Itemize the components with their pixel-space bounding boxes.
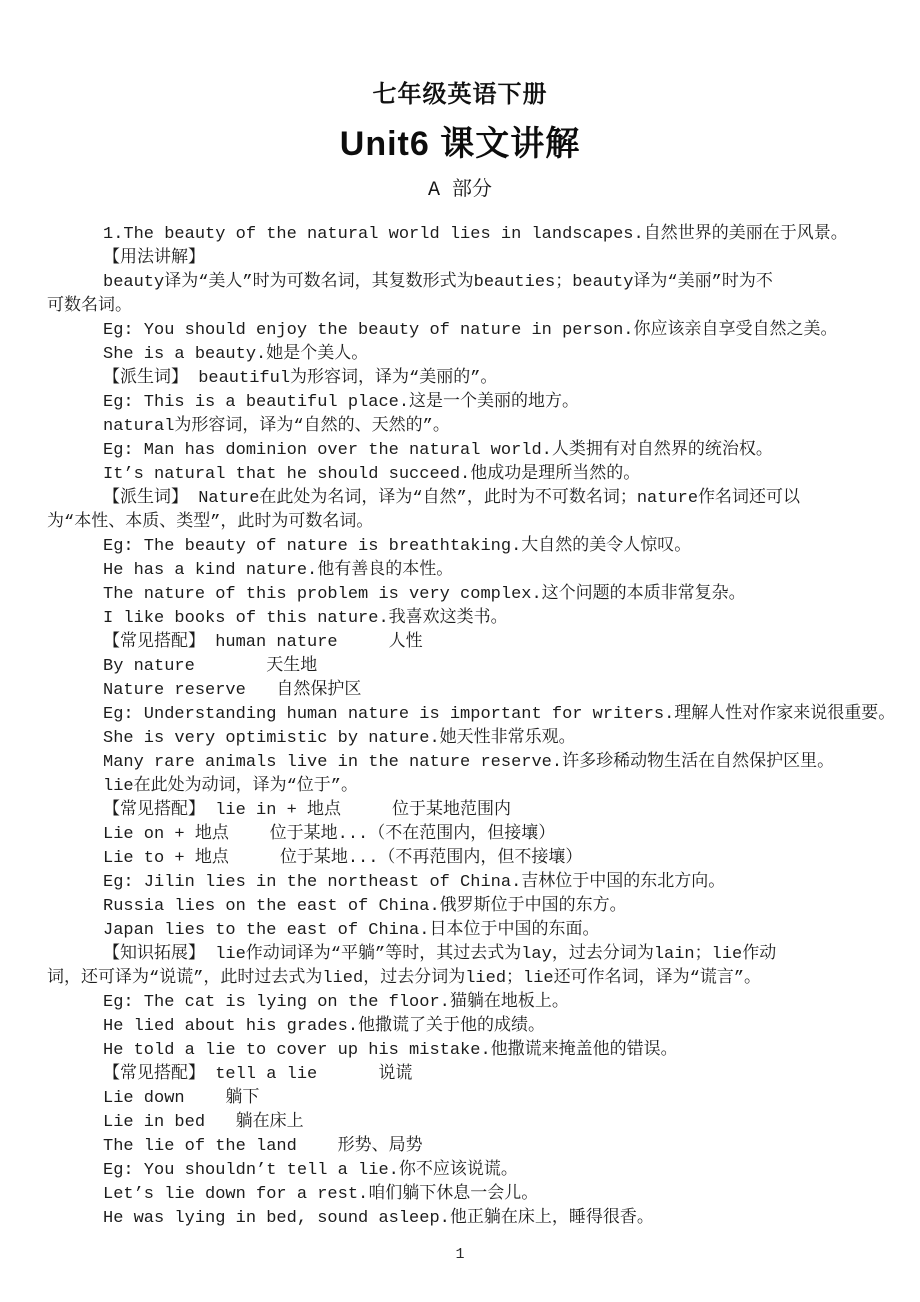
text-line: Eg: Man has dominion over the natural wo… [47,439,890,463]
text-line: 为“本性、本质、类型”，此时为可数名词。 [47,511,890,535]
section-heading: A 部分 [0,180,920,202]
text-line: Japan lies to the east of China.日本位于中国的东… [47,919,890,943]
text-line: Eg: This is a beautiful place.这是一个美丽的地方。 [47,391,890,415]
text-line: The lie of the land 形势、局势 [47,1135,890,1159]
text-line: natural为形容词，译为“自然的、天然的”。 [47,415,890,439]
text-line: 1.The beauty of the natural world lies i… [47,223,890,247]
document-page: 七年级英语下册 Unit6 课文讲解 A 部分 1.The beauty of … [0,0,920,1302]
text-line: He has a kind nature.他有善良的本性。 [47,559,890,583]
page-number: 1 [0,1243,920,1267]
text-line: Lie in bed 躺在床上 [47,1111,890,1135]
text-line: By nature 天生地 [47,655,890,679]
document-subtitle: 七年级英语下册 [0,0,920,108]
text-line: Lie on + 地点 位于某地...（不在范围内，但接壤） [47,823,890,847]
text-line: Russia lies on the east of China.俄罗斯位于中国… [47,895,890,919]
text-line: Nature reserve 自然保护区 [47,679,890,703]
text-line: Lie to + 地点 位于某地...（不再范围内，但不接壤） [47,847,890,871]
text-line: 【派生词】 beautiful为形容词，译为“美丽的”。 [47,367,890,391]
text-line: It’s natural that he should succeed.他成功是… [47,463,890,487]
text-line: She is a beauty.她是个美人。 [47,343,890,367]
text-line: 【用法讲解】 [47,247,890,271]
text-line: Many rare animals live in the nature res… [47,751,890,775]
text-line: Eg: The cat is lying on the floor.猫躺在地板上… [47,991,890,1015]
text-line: He told a lie to cover up his mistake.他撒… [47,1039,890,1063]
text-line: Eg: You should enjoy the beauty of natur… [47,319,890,343]
document-body: 1.The beauty of the natural world lies i… [47,223,890,1231]
document-title: Unit6 课文讲解 [0,124,920,164]
text-line: He was lying in bed, sound asleep.他正躺在床上… [47,1207,890,1231]
text-line: He lied about his grades.他撒谎了关于他的成绩。 [47,1015,890,1039]
text-line: Eg: The beauty of nature is breathtaking… [47,535,890,559]
text-line: The nature of this problem is very compl… [47,583,890,607]
text-line: I like books of this nature.我喜欢这类书。 [47,607,890,631]
text-line: 【常见搭配】 tell a lie 说谎 [47,1063,890,1087]
text-line: lie在此处为动词，译为“位于”。 [47,775,890,799]
text-line: 【常见搭配】 lie in + 地点 位于某地范围内 [47,799,890,823]
text-line: Eg: You shouldn’t tell a lie.你不应该说谎。 [47,1159,890,1183]
text-line: 【派生词】 Nature在此处为名词，译为“自然”，此时为不可数名词；natur… [47,487,890,511]
text-line: She is very optimistic by nature.她天性非常乐观… [47,727,890,751]
text-line: 词，还可译为“说谎”，此时过去式为lied，过去分词为lied；lie还可作名词… [47,967,890,991]
text-line: 可数名词。 [47,295,890,319]
text-line: Eg: Jilin lies in the northeast of China… [47,871,890,895]
text-line: 【知识拓展】 lie作动词译为“平躺”等时，其过去式为lay，过去分词为lain… [47,943,890,967]
text-line: beauty译为“美人”时为可数名词，其复数形式为beauties；beauty… [47,271,890,295]
text-line: Lie down 躺下 [47,1087,890,1111]
text-line: Eg: Understanding human nature is import… [47,703,890,727]
text-line: 【常见搭配】 human nature 人性 [47,631,890,655]
text-line: Let’s lie down for a rest.咱们躺下休息一会儿。 [47,1183,890,1207]
